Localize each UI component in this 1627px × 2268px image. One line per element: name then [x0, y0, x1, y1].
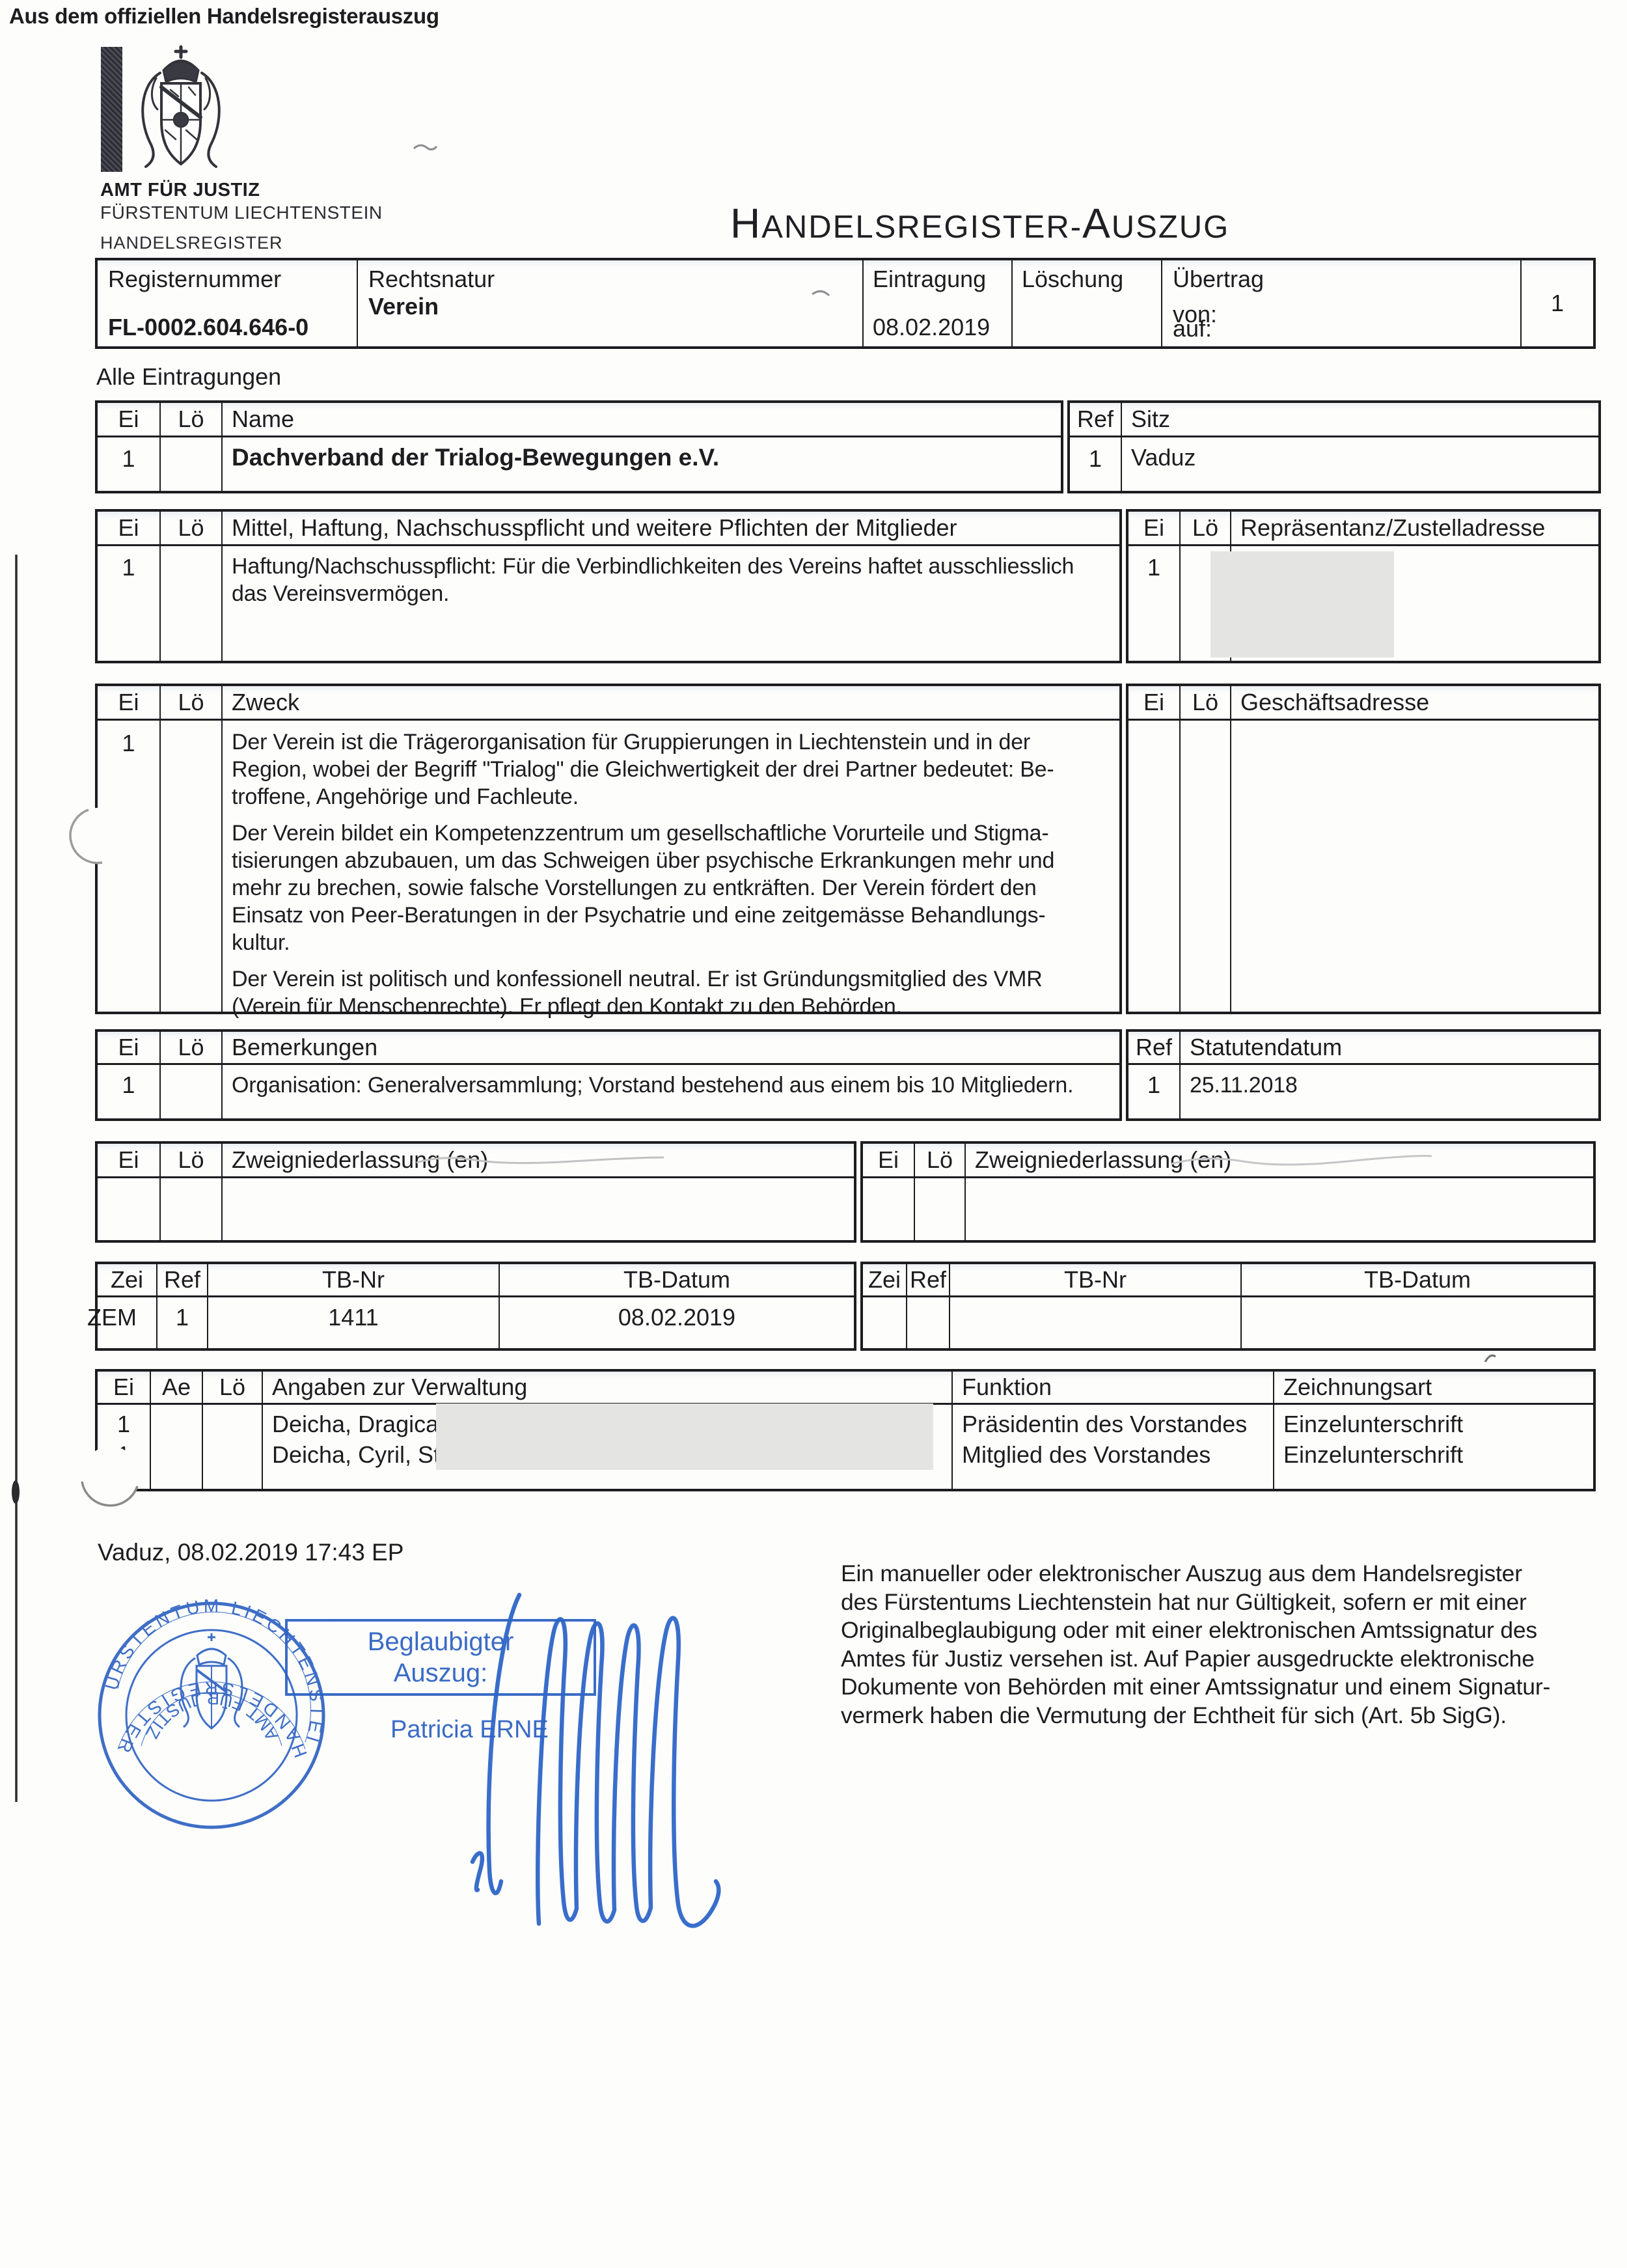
- col-ei-label: Ei: [98, 512, 159, 544]
- zei-value: ZEM: [87, 1304, 137, 1331]
- col-ae-label: Ae: [150, 1372, 202, 1403]
- ei-value: 1: [98, 1409, 150, 1439]
- statutendatum-value: 25.11.2018: [1179, 1065, 1598, 1118]
- zweck-paragraph: Der Verein ist politisch und konfessione…: [232, 965, 1110, 1020]
- registernummer-value: FL-0002.604.646-0: [108, 314, 308, 341]
- col-zweigniederlassung-label: Zweigniederlassung (en): [221, 1144, 854, 1176]
- eintragung-value: 08.02.2019: [873, 314, 990, 341]
- col-tbdatum-label: TB-Datum: [499, 1264, 854, 1295]
- org-country: FÜRSTENTUM LIECHTENSTEIN: [100, 202, 383, 223]
- legal-notice: Ein manueller oder elektronischer Auszug…: [841, 1560, 1602, 1730]
- title-lead-2: A: [1082, 200, 1112, 247]
- title-rest-1: ANDELSREGISTER-: [761, 210, 1082, 245]
- document-page: Aus dem offiziellen Handelsregisterauszu…: [0, 0, 1627, 2268]
- haftung-text: Haftung/Nachschusspflicht: Für die Verbi…: [221, 546, 1119, 661]
- col-zei-label: Zei: [98, 1264, 156, 1295]
- col-ei-label: Ei: [98, 403, 159, 436]
- section-label: Alle Eintragungen: [96, 363, 281, 391]
- loeschung-label: Löschung: [1022, 266, 1161, 293]
- legal-line: Originalbeglaubigung oder mit einer elek…: [841, 1616, 1602, 1645]
- col-ref-label: Ref: [156, 1264, 207, 1295]
- tagebuch-table: Zei Ref TB-Nr TB-Datum ZEM 1 1411 08.02.…: [95, 1262, 1596, 1351]
- funktion-value: Mitglied des Vorstandes: [962, 1439, 1273, 1470]
- col-zweck-label: Zweck: [221, 686, 1119, 719]
- col-lo-label: Lö: [914, 1144, 964, 1176]
- col-lo-label: Lö: [159, 686, 221, 719]
- col-ei-label: Ei: [1128, 686, 1179, 719]
- col-lo-label: Lö: [159, 403, 221, 436]
- col-tbnr-label: TB-Nr: [949, 1264, 1240, 1295]
- register-head-table: Registernummer FL-0002.604.646-0 Rechtsn…: [95, 258, 1596, 349]
- col-bemerkungen-label: Bemerkungen: [221, 1032, 1119, 1063]
- col-ei-label: Ei: [98, 1144, 159, 1176]
- handwritten-signature: [364, 1575, 781, 1940]
- col-ref-label: Ref: [1128, 1032, 1179, 1063]
- zeichnungsart-value: Einzelunterschrift: [1283, 1409, 1593, 1439]
- coat-of-arms-icon: [128, 44, 234, 174]
- col-ei-label: Ei: [863, 1144, 914, 1176]
- col-zweigniederlassung-label: Zweigniederlassung (en): [964, 1144, 1593, 1176]
- funktion-value: Präsidentin des Vorstandes: [962, 1409, 1273, 1439]
- legal-line: vermerk haben die Vermutung der Echtheit…: [841, 1702, 1602, 1730]
- place-date-line: Vaduz, 08.02.2019 17:43 EP: [98, 1539, 403, 1566]
- legal-line: Dokumente von Behörden mit einer Amtssig…: [841, 1673, 1602, 1702]
- col-ref-label: Ref: [906, 1264, 949, 1295]
- col-tbdatum-label: TB-Datum: [1240, 1264, 1593, 1295]
- legal-line: des Fürstentums Liechtenstein hat nur Gü…: [841, 1588, 1602, 1617]
- bemerkungen-table: Ei Lö Bemerkungen 1 Organisation: Genera…: [95, 1029, 1601, 1121]
- col-tbnr-label: TB-Nr: [207, 1264, 499, 1295]
- zweigniederlassung-table: Ei Lö Zweigniederlassung (en) Ei Lö Zwei…: [95, 1141, 1596, 1243]
- col-zeichnungsart-label: Zeichnungsart: [1273, 1372, 1593, 1403]
- company-name: Dachverband der Trialog-Bewegungen e.V.: [232, 444, 719, 471]
- col-name-label: Name: [221, 403, 1061, 436]
- zweck-table: Ei Lö Zweck 1 Der Verein ist die Trägero…: [95, 684, 1601, 1014]
- registernummer-label: Registernummer: [108, 266, 357, 293]
- col-ei-label: Ei: [98, 1032, 159, 1063]
- org-register-label: HANDELSREGISTER: [100, 233, 283, 253]
- watermark-text: Aus dem offiziellen Handelsregisterauszu…: [9, 4, 439, 29]
- scan-speck: [414, 145, 437, 149]
- page-number: 1: [1520, 260, 1593, 346]
- col-verwaltung-label: Angaben zur Verwaltung: [262, 1372, 951, 1403]
- ei-value: 1: [98, 1065, 159, 1118]
- ref-value: 1: [1070, 437, 1121, 491]
- col-lo-label: Lö: [159, 1032, 221, 1063]
- name-table: Ei Lö Name 1 Dachverband der Trialog-Bew…: [95, 400, 1601, 493]
- col-geschaeftsadresse-label: Geschäftsadresse: [1230, 686, 1598, 719]
- title-lead-1: H: [730, 200, 761, 247]
- logo-bar: [101, 47, 122, 172]
- redaction-box-address: [1210, 551, 1394, 657]
- col-mittel-label: Mittel, Haftung, Nachschusspflicht und w…: [221, 512, 1119, 544]
- col-lo-label: Lö: [1179, 686, 1230, 719]
- col-lo-label: Lö: [159, 512, 221, 544]
- legal-line: Ein manueller oder elektronischer Auszug…: [841, 1560, 1602, 1588]
- col-ei-label: Ei: [98, 1372, 150, 1403]
- ref-value: 1: [1128, 1065, 1179, 1118]
- uebertrag-auf-label: auf:: [1173, 315, 1212, 342]
- legal-line: Amtes für Justiz versehen ist. Auf Papie…: [841, 1645, 1602, 1674]
- tbnr-value: 1411: [207, 1297, 499, 1348]
- eintragung-label: Eintragung: [873, 266, 1011, 293]
- ei-value: 1: [98, 437, 159, 491]
- col-ei-label: Ei: [1128, 512, 1179, 544]
- ei-value: 1: [98, 546, 159, 661]
- ei-value: 1: [1128, 546, 1179, 661]
- col-funktion-label: Funktion: [951, 1372, 1273, 1403]
- col-sitz-label: Sitz: [1121, 403, 1598, 436]
- title-rest-2: USZUG: [1112, 210, 1230, 245]
- rechtsnatur-value: Verein: [368, 293, 862, 320]
- col-lo-label: Lö: [159, 1144, 221, 1176]
- ei-value: 1: [98, 721, 159, 1012]
- bemerkungen-text: Organisation: Generalversammlung; Vorsta…: [221, 1065, 1119, 1118]
- scan-speck: [1485, 1355, 1496, 1362]
- tbdatum-value: 08.02.2019: [499, 1297, 854, 1348]
- zweck-paragraph: Der Verein ist die Trägerorganisation fü…: [232, 728, 1110, 810]
- org-name: AMT FÜR JUSTIZ: [100, 180, 260, 201]
- col-repraesentanz-label: Repräsentanz/Zustelladresse: [1230, 512, 1598, 544]
- col-statutendatum-label: Statutendatum: [1179, 1032, 1598, 1063]
- uebertrag-label: Übertrag: [1173, 266, 1520, 293]
- col-lo-label: Lö: [202, 1372, 262, 1403]
- page-title: HANDELSREGISTER-AUSZUG: [730, 199, 1229, 247]
- col-ei-label: Ei: [98, 686, 159, 719]
- zeichnungsart-value: Einzelunterschrift: [1283, 1439, 1593, 1470]
- ref-value: 1: [156, 1297, 207, 1348]
- col-lo-label: Lö: [1179, 512, 1230, 544]
- rechtsnatur-label: Rechtsnatur: [368, 266, 862, 293]
- zweck-paragraph: Der Verein bildet ein Kompetenzzentrum u…: [232, 820, 1110, 956]
- col-zei-label: Zei: [863, 1264, 906, 1295]
- sitz-value: Vaduz: [1121, 437, 1598, 491]
- redaction-box-persons: [436, 1404, 933, 1470]
- col-ref-label: Ref: [1070, 403, 1121, 436]
- ei-value: 1: [98, 1439, 150, 1470]
